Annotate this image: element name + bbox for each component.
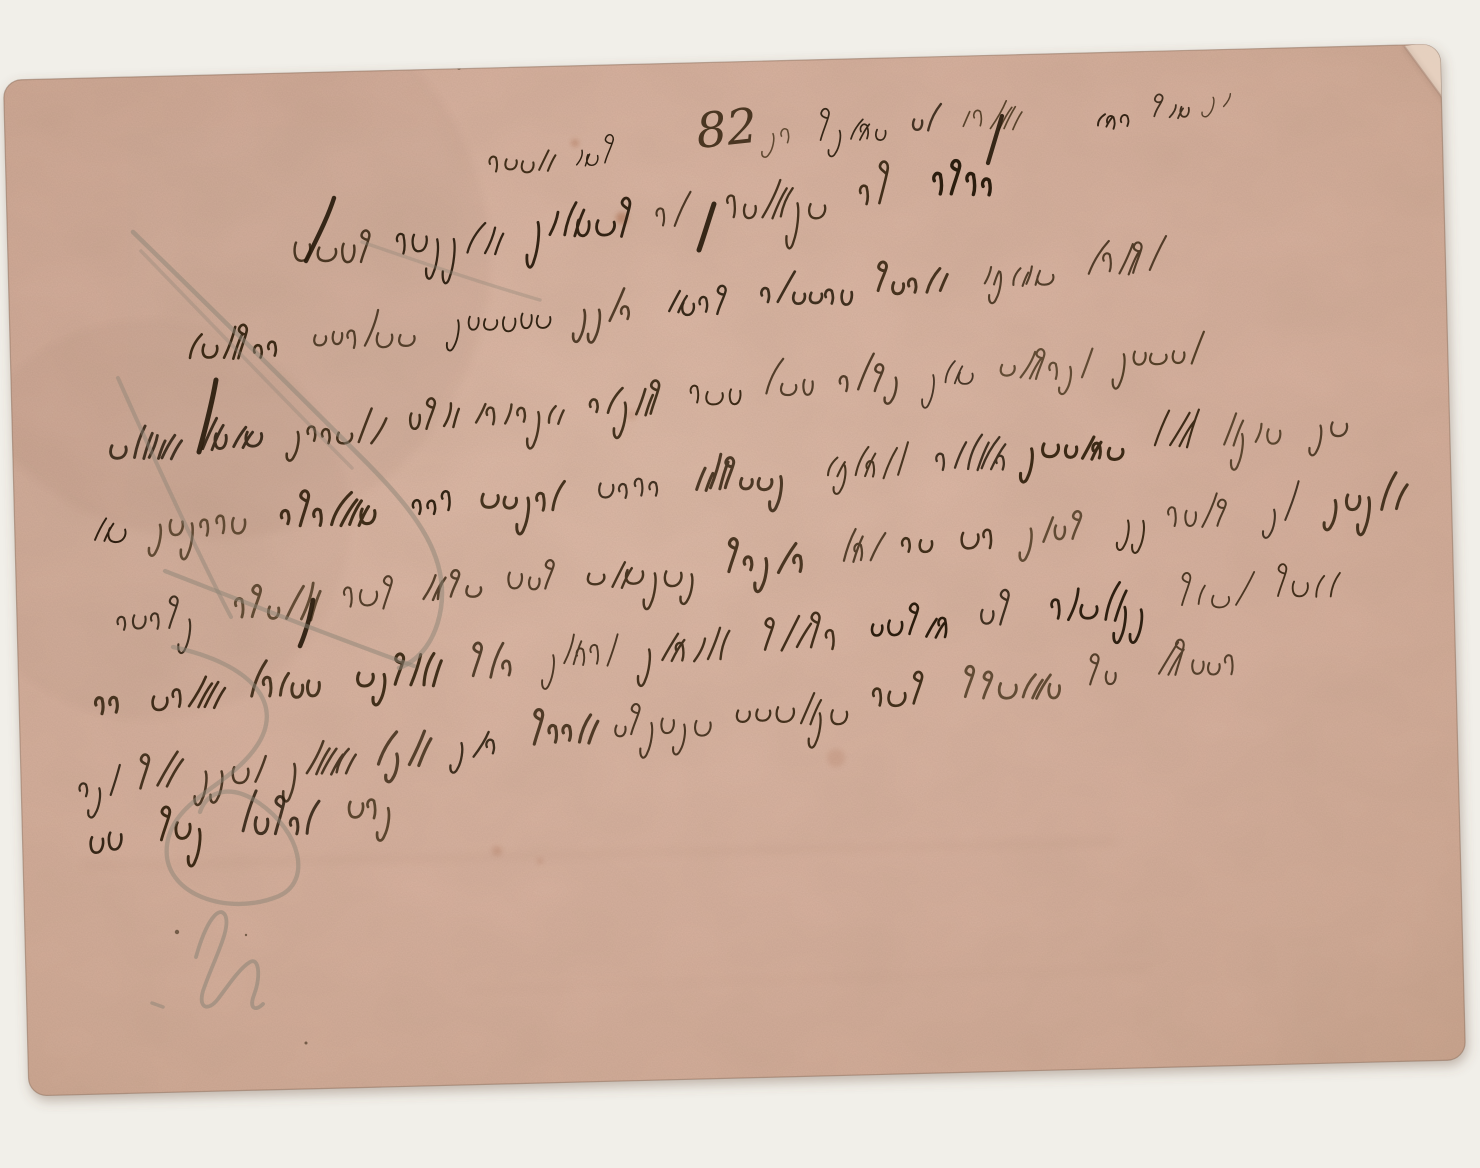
stain (571, 139, 579, 147)
speck (175, 930, 179, 934)
speck (305, 1042, 308, 1045)
stain (492, 846, 502, 856)
postcard-scan: 82 (0, 0, 1480, 1168)
scanned-postcard-photo: 82 (0, 0, 1480, 1168)
speck (245, 934, 247, 936)
stain (827, 749, 845, 767)
stain (537, 858, 543, 864)
handwritten-numeral: 82 (693, 98, 760, 160)
